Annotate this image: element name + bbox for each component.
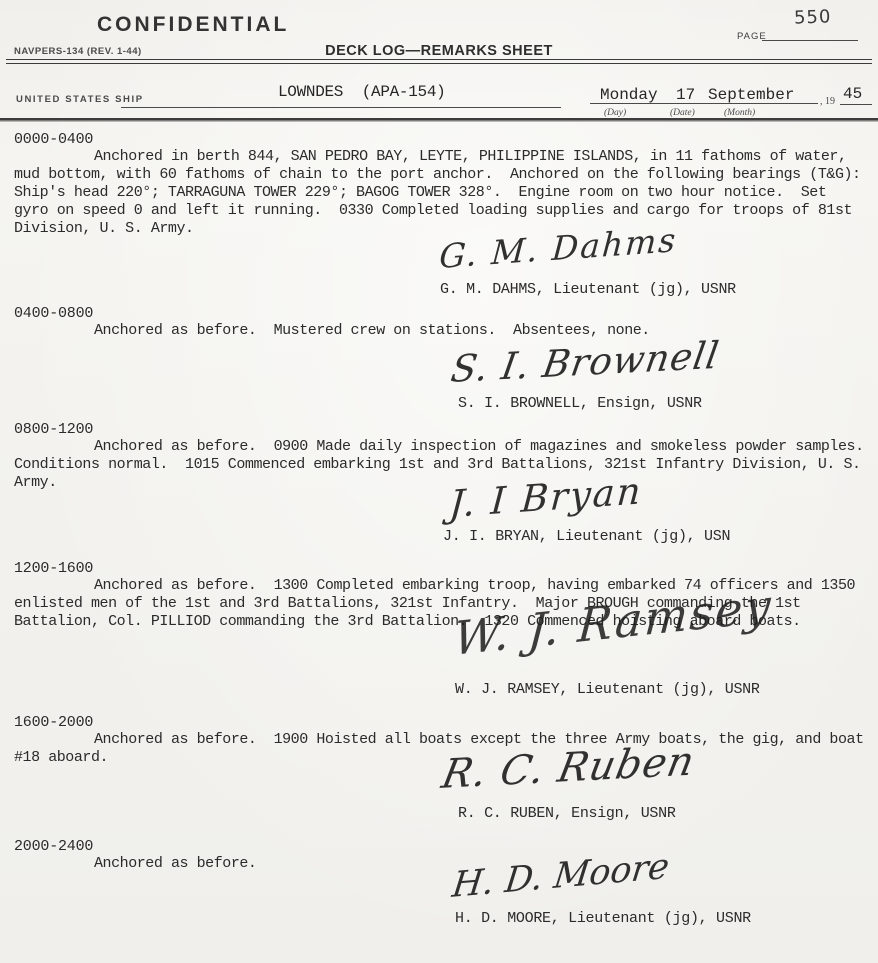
signature-handwriting: S. I. Brownell — [448, 334, 722, 391]
year-prefix: , 19 — [820, 96, 835, 107]
deck-log-remarks-sheet: CONFIDENTIAL 550 PAGE NAVPERS-134 (REV. … — [0, 0, 878, 963]
watch-period: 1600-2000 — [14, 714, 93, 731]
watch-period: 0000-0400 — [14, 131, 93, 148]
log-entry-text: Anchored as before. Mustered crew on sta… — [14, 322, 864, 340]
day-field-label: (Day) — [604, 108, 626, 118]
date-month: September — [708, 86, 794, 104]
ship-name: LOWNDES (APA-154) — [278, 83, 445, 101]
page-number-blank-line — [762, 40, 858, 41]
watch-period: 0800-1200 — [14, 421, 93, 438]
date-number: 17 — [676, 86, 695, 104]
watch-period: 0400-0800 — [14, 305, 93, 322]
month-field-label: (Month) — [724, 108, 755, 118]
log-entry-text: Anchored as before. 0900 Made daily insp… — [14, 438, 864, 492]
page-number: 550 — [794, 6, 832, 28]
header-double-rule — [6, 59, 872, 64]
watch-period: 1200-1600 — [14, 560, 93, 577]
log-entry-text: Anchored in berth 844, SAN PEDRO BAY, LE… — [14, 148, 864, 238]
header-bottom-rule — [0, 118, 878, 120]
date-blank-line — [590, 103, 818, 104]
officer-typed-name: G. M. DAHMS, Lieutenant (jg), USNR — [440, 281, 736, 298]
log-entry-text: Anchored as before. 1900 Hoisted all boa… — [14, 731, 864, 767]
officer-typed-name: R. C. RUBEN, Ensign, USNR — [458, 805, 676, 822]
officer-typed-name: J. I. BRYAN, Lieutenant (jg), USN — [443, 528, 730, 545]
officer-typed-name: H. D. MOORE, Lieutenant (jg), USNR — [455, 910, 751, 927]
ship-name-blank-line — [121, 107, 561, 108]
classification-stamp: CONFIDENTIAL — [97, 13, 289, 37]
date-field-label: (Date) — [670, 108, 695, 118]
ship-label: UNITED STATES SHIP — [16, 94, 144, 105]
year-value: 45 — [843, 85, 862, 103]
officer-typed-name: W. J. RAMSEY, Lieutenant (jg), USNR — [455, 681, 760, 698]
log-entry-text: Anchored as before. — [14, 855, 864, 873]
watch-period: 2000-2400 — [14, 838, 93, 855]
document-title: DECK LOG—REMARKS SHEET — [0, 43, 878, 59]
date-day: Monday — [600, 86, 658, 104]
officer-typed-name: S. I. BROWNELL, Ensign, USNR — [458, 395, 702, 412]
year-blank-line — [840, 104, 872, 105]
